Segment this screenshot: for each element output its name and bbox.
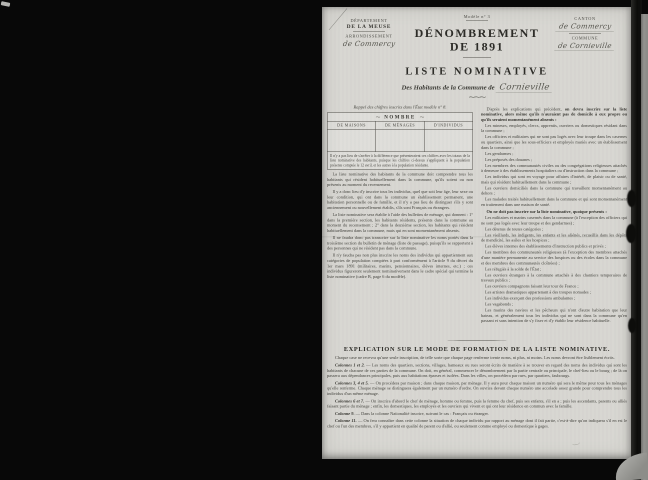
binding-ink-blob <box>627 190 636 207</box>
list-item: Les préposés des douanes ; <box>481 157 627 162</box>
list-item: Les réfugiés à la solde de l'État ; <box>481 266 627 271</box>
scanner-artifact <box>1 1 11 7</box>
paragraph-lead: Colonne 11. <box>335 418 357 423</box>
explanation-paragraph: Colonnes 6 et 7. — On inscrira d'abord l… <box>327 398 627 409</box>
list-item: Les ouvriers compagnons faisant leur tou… <box>481 284 627 289</box>
paragraph: La liste nominative des habitants de la … <box>327 171 473 187</box>
table-cell <box>328 130 376 152</box>
two-column-text: Rappel des chiffres inscrits dans l'État… <box>327 105 627 337</box>
divider <box>569 34 601 35</box>
paragraph-text: — On procédera par maison ; dans chaque … <box>327 380 627 396</box>
model-number: Modèle n° 3 <box>411 14 543 19</box>
list-item: Les vieillards, les indigents, les enfan… <box>481 232 627 243</box>
column-header: DE MÉNAGES <box>376 122 425 130</box>
page-title: LISTE NOMINATIVE <box>327 65 627 78</box>
table-cell <box>376 130 425 152</box>
header-right-block: CANTON de Commercy COMMUNE de Cornievill… <box>543 10 627 58</box>
list-item: Les membres des communautés religieuses … <box>481 250 627 266</box>
divider <box>466 20 488 21</box>
list-item: Les officiers et militaires qui ne sont … <box>481 134 627 150</box>
explanation-paragraph: Colonnes 1 et 2. — Les noms des quartier… <box>327 363 627 379</box>
paragraph-text: — On fera connaître dans cette colonne l… <box>327 418 627 428</box>
list-item: Les gendarmes ; <box>481 151 627 156</box>
list-item: Les marins des navires et les pêcheurs q… <box>481 308 627 324</box>
list-item: Les artistes dramatiques appartenant à d… <box>481 290 627 295</box>
horizontal-crease <box>322 236 632 238</box>
subtitle-printed-text: Des Habitants de la Commune de <box>401 84 494 92</box>
intro-plain: D'après les explications qui précèdent, <box>487 106 565 111</box>
divider <box>353 32 385 33</box>
section-divider <box>447 341 507 342</box>
list-item: Les détenus de toutes catégories ; <box>481 226 627 231</box>
list-item: Les malades traités habituellement dans … <box>481 197 627 208</box>
explanation-paragraph: Colonnes 3, 4 et 5. — On procédera par m… <box>327 380 627 396</box>
paragraph-lead: Colonne 9. <box>335 411 355 416</box>
page-subtitle: Des Habitants de la Commune de Cornievil… <box>327 82 627 93</box>
paragraph-text: Chaque case ne recevra qu'une seule insc… <box>335 355 615 360</box>
binding-ink-blob <box>628 318 636 333</box>
scanned-census-document: DÉPARTEMENT DE LA MEUSE ARRONDISSEMENT d… <box>0 0 648 480</box>
explanation-paragraph: Colonne 9. — Dans la colonne Nationalité… <box>327 411 627 416</box>
paragraph-lead: Colonnes 1 et 2. <box>335 363 365 368</box>
paragraph: Il n'y faudra pas non plus inscrire les … <box>327 253 473 280</box>
right-column: D'après les explications qui précèdent, … <box>481 105 627 337</box>
list-item: Les ouvriers domiciliés dans la commune … <box>481 185 627 196</box>
document-header: DÉPARTEMENT DE LA MEUSE ARRONDISSEMENT d… <box>327 10 627 58</box>
column-header: DE MAISONS <box>328 122 376 130</box>
list-item: Les ouvriers étrangers à la commune atta… <box>481 272 627 283</box>
exclusion-heading: On ne doit pas inscrire sur la liste nom… <box>481 209 627 214</box>
left-column: Rappel des chiffres inscrits dans l'État… <box>327 105 473 337</box>
arrondissement-handwritten-value: de Commercy <box>342 40 396 48</box>
list-item: Les élèves internes des établissements d… <box>481 244 627 249</box>
explanation-heading: EXPLICATION SUR LE MODE DE FORMATION DE … <box>327 346 627 354</box>
nombre-table-cells <box>328 130 473 152</box>
sheet-content: DÉPARTEMENT DE LA MEUSE ARRONDISSEMENT d… <box>322 7 632 459</box>
document-title: DÉNOMBREMENT DE 1891 <box>411 27 543 54</box>
column-header: D'INDIVIDUS <box>424 122 473 130</box>
commune-handwritten-value: de Cornieville <box>554 42 615 51</box>
departement-label: DÉPARTEMENT <box>327 18 411 23</box>
ink-smudge <box>572 440 581 446</box>
arrondissement-label: ARRONDISSEMENT <box>327 34 411 39</box>
paragraph-text: — Les noms des quartiers, sections, vill… <box>327 363 627 379</box>
table-caption: Rappel des chiffres inscrits dans l'État… <box>327 105 473 110</box>
commune-label: COMMUNE <box>543 36 627 41</box>
paragraph-lead: Colonnes 3, 4 et 5. <box>335 380 369 385</box>
paragraph-text: — On inscrira d'abord le chef de ménage,… <box>327 398 627 408</box>
list-item: Les membres des communautés civiles ou d… <box>481 163 627 174</box>
list-item: Les vagabonds ; <box>481 302 627 307</box>
departement-value: DE LA MEUSE <box>327 24 411 30</box>
commune-name-handwritten: Cornieville <box>495 82 553 93</box>
paragraph-lead: Colonnes 6 et 7. <box>335 398 364 403</box>
explanation-paragraph: Colonne 11. — On fera connaître dans cet… <box>327 418 627 429</box>
header-center-block: Modèle n° 3 DÉNOMBREMENT DE 1891 <box>411 10 543 58</box>
explanation-paragraph: Chaque case ne recevra qu'une seule insc… <box>327 355 627 360</box>
nombre-table-title: NOMBRE <box>328 113 473 121</box>
divider <box>463 57 491 58</box>
inclusion-intro: D'après les explications qui précèdent, … <box>481 106 627 122</box>
list-item: Les individus exerçant des professions a… <box>481 296 627 301</box>
binding-ink-blob <box>626 224 636 243</box>
decorative-flourish: ⁓⁓⁓ <box>327 96 627 99</box>
adjacent-page-edge <box>641 14 648 480</box>
paragraph: Il y a donc lieu d'y inscrire tous les i… <box>327 189 473 210</box>
canton-label: CANTON <box>543 16 627 21</box>
list-item: Les individus qui sont en voyage pour af… <box>481 174 627 185</box>
document-sheet: DÉPARTEMENT DE LA MEUSE ARRONDISSEMENT d… <box>322 7 632 459</box>
list-item: Les militaires et marins casernés dans l… <box>481 215 627 226</box>
nombre-table: NOMBRE DE MAISONS DE MÉNAGES D'INDIVIDUS… <box>327 113 473 170</box>
nombre-table-headers: DE MAISONS DE MÉNAGES D'INDIVIDUS <box>328 121 473 130</box>
paragraph: La liste nominative sera établie à l'aid… <box>327 212 473 233</box>
table-cell <box>424 130 473 152</box>
canton-handwritten-value: de Commercy <box>555 23 615 32</box>
list-item: Les mineurs, employés, clercs, apprentis… <box>481 123 627 134</box>
explanation-section: EXPLICATION SUR LE MODE DE FORMATION DE … <box>327 341 627 429</box>
table-footnote: Il n'y a pas lieu de s'arrêter à la diff… <box>328 152 473 170</box>
paragraph-text: — Dans la colonne Nationalité inscrire, … <box>356 411 489 416</box>
